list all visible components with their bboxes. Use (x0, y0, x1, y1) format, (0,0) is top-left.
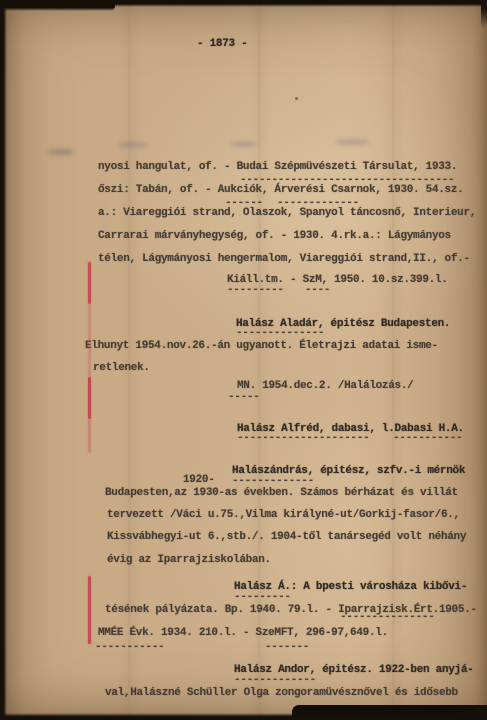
typed-text-line: MMÉE Évk. 1934. 210.l. - SzeMFT, 296-97,… (98, 627, 388, 640)
typed-underline: --------- (234, 591, 291, 604)
typed-underline: ------------- (234, 674, 316, 687)
typed-text-line: Budapesten,az 1930-as években. Számos bé… (105, 487, 458, 500)
typed-text-line: MN. 1954.dec.2. /Halálozás./ (237, 380, 413, 393)
typed-text-line: őszi: Tabán, of. - Aukciók, Árverési Csa… (98, 184, 463, 197)
typed-underline: --------- (227, 284, 284, 297)
scan-border-right-top (481, 0, 487, 28)
typed-text-line: télen, Lágymányosi hengermalom, Viareggi… (98, 253, 470, 266)
ink-smudge (48, 149, 74, 155)
scan-border-left (0, 0, 7, 720)
ink-speck (295, 97, 298, 100)
typed-text-line: 1920- (183, 474, 215, 487)
red-margin-line-segment (88, 262, 91, 304)
typed-text-line: retlenek. (93, 362, 150, 375)
typed-text-line: a.: Viareggiói strand, Olaszok, Spanyol … (98, 207, 476, 220)
typed-text-line: nyosi hangulat, of. - Budai Szépmüvészet… (98, 161, 457, 174)
ink-smudge (335, 139, 369, 145)
typed-underline: ----------- (393, 432, 462, 445)
typed-text-line: val,Halászné Schüller Olga zongoramüvész… (105, 687, 458, 700)
typed-text-line: tervezett /Váci u.75.,Vilma királyné-ut/… (107, 509, 460, 522)
typed-underline: --------------- (340, 611, 435, 624)
ink-smudge (118, 142, 148, 148)
typed-underline: ----- (228, 391, 260, 404)
typed-underline: ------- (265, 641, 309, 654)
typed-text-line: évig az Iparrajziskolában. (107, 554, 271, 567)
scanned-typewritten-page: { "page": { "number_label": "- 1873 -", … (0, 0, 487, 720)
scan-border-top-left (0, 0, 115, 11)
typed-underline: -------------- (236, 327, 324, 340)
page-number: - 1873 - (197, 38, 247, 51)
ink-smudge (230, 141, 256, 147)
red-margin-line-segment (88, 377, 91, 419)
typed-text-line: Kissvábhegyi-ut 6.,stb./. 1904-től tanár… (107, 531, 466, 544)
typed-underline: ---- (305, 284, 330, 297)
red-margin-line-segment (88, 419, 91, 453)
typed-text-line: Carrarai márványhegység, of. - 1930. 4.r… (98, 230, 451, 243)
typed-underline: --------------------- (237, 432, 369, 445)
red-margin-line-segment (88, 304, 91, 377)
scan-border-bottom-right (292, 705, 487, 720)
typed-text-line: Elhunyt 1954.nov.26.-án ugyanott. Életra… (85, 340, 438, 353)
red-margin-line-segment (88, 576, 91, 644)
typed-underline: ----------- (95, 641, 164, 654)
